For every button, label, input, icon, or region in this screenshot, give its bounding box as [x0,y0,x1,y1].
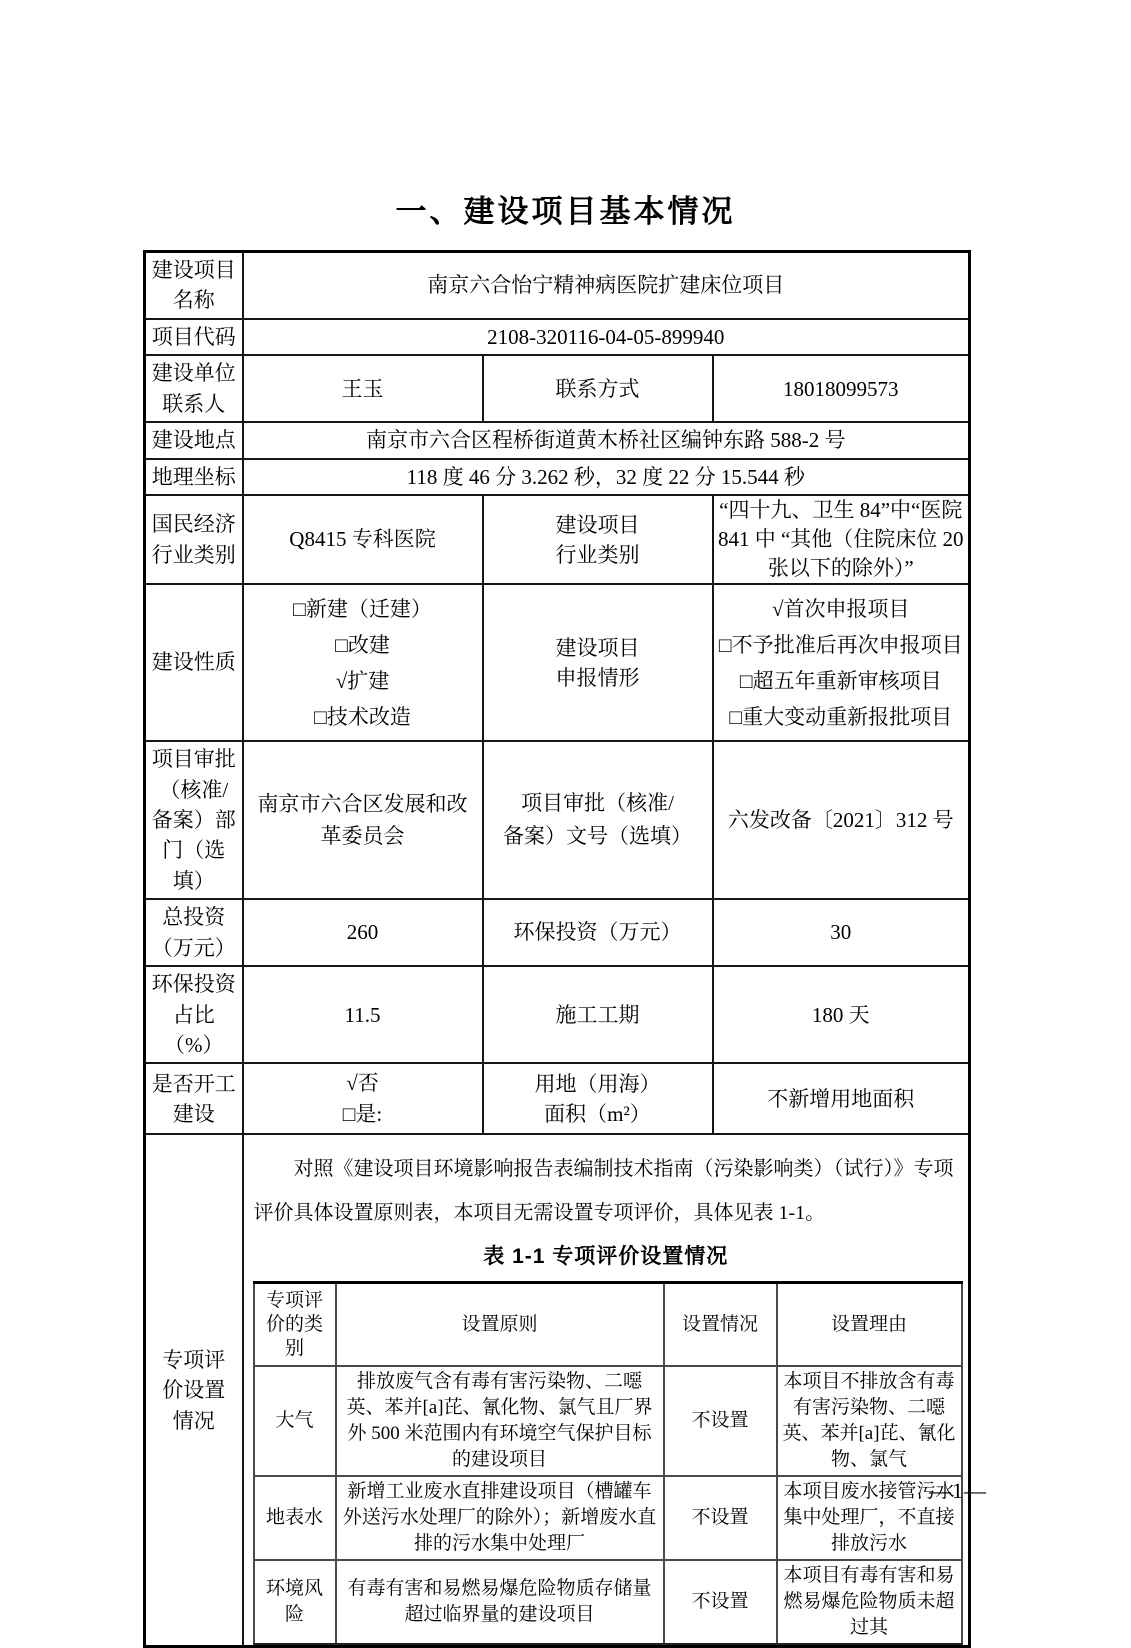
declare-option-redeclare: □不予批准后再次申报项目 [718,627,965,663]
approval-doc-value: 六发改备〔2021〕312 号 [713,741,970,899]
land-area-label: 用地（用海） 面积（m²） [483,1063,713,1134]
subtable-header-status: 设置情况 [664,1282,777,1366]
row-special-evaluation: 专项评价设置情况 对照《建设项目环境影响报告表编制技术指南（污染影响类）（试行）… [145,1134,970,1646]
project-code-label: 项目代码 [145,319,243,355]
declare-option-review: □超五年重新审核项目 [718,663,965,699]
row-project-code: 项目代码 2108-320116-04-05-899940 [145,319,970,355]
env-risk-category: 环境风险 [254,1560,336,1644]
nature-option-rebuild: □改建 [248,627,478,663]
started-options: √否 □是: [243,1063,483,1134]
row-location: 建设地点 南京市六合区程桥街道黄木桥社区编钟东路 588-2 号 [145,422,970,458]
approval-doc-label-line2: 备案）文号（选填） [486,820,710,853]
subtable-header-row: 专项评价的类别 设置原则 设置情况 设置理由 [254,1282,962,1366]
coordinates-value: 118 度 46 分 3.262 秒，32 度 22 分 15.544 秒 [243,459,970,495]
construction-period-label: 施工工期 [483,966,713,1063]
land-area-label-line1: 用地（用海） [488,1069,708,1099]
row-investment: 总投资（万元） 260 环保投资（万元） 30 [145,899,970,966]
special-eval-label: 专项评价设置情况 [145,1134,243,1646]
declare-label: 建设项目 申报情形 [483,584,713,741]
total-investment-value: 260 [243,899,483,966]
env-investment-label: 环保投资（万元） [483,899,713,966]
air-category: 大气 [254,1366,336,1476]
contact-name-value: 王玉 [243,355,483,422]
basic-info-table: 建设项目名称 南京六合怡宁精神病医院扩建床位项目 项目代码 2108-32011… [143,250,971,1648]
row-coordinates: 地理坐标 118 度 46 分 3.262 秒，32 度 22 分 15.544… [145,459,970,495]
approval-dept-value: 南京市六合区发展和改革委员会 [243,741,483,899]
env-ratio-value: 11.5 [243,966,483,1063]
construction-nature-options: □新建（迁建） □改建 √扩建 □技术改造 [243,584,483,741]
project-industry-label-line1: 建设项目 [488,510,708,540]
contact-method-label: 联系方式 [483,355,713,422]
declare-option-first: √首次申报项目 [718,591,965,627]
construction-nature-label: 建设性质 [145,584,243,741]
surface-water-principle: 新增工业废水直排建设项目（槽罐车外送污水处理厂的除外）；新增废水直排的污水集中处… [336,1476,664,1560]
industry-value: Q8415 专科医院 [243,495,483,584]
declare-label-line2: 申报情形 [488,663,708,693]
subtable-title: 表 1-1 专项评价设置情况 [244,1242,969,1272]
started-option-no: √否 [248,1068,478,1099]
project-industry-label: 建设项目 行业类别 [483,495,713,584]
special-eval-content: 对照《建设项目环境影响报告表编制技术指南（污染影响类）（试行）》专项评价具体设置… [243,1134,970,1646]
contact-label: 建设单位联系人 [145,355,243,422]
location-value: 南京市六合区程桥街道黄木桥社区编钟东路 588-2 号 [243,422,970,458]
air-reason: 本项目不排放含有毒有害污染物、二噁英、苯并[a]芘、氰化物、氯气 [777,1366,962,1476]
started-label: 是否开工建设 [145,1063,243,1134]
project-name-value: 南京六合怡宁精神病医院扩建床位项目 [243,252,970,319]
row-construction-nature: 建设性质 □新建（迁建） □改建 √扩建 □技术改造 建设项目 申报情形 √首次… [145,584,970,741]
nature-option-new: □新建（迁建） [248,591,478,627]
subtable-header-principle: 设置原则 [336,1282,664,1366]
row-env-ratio: 环保投资占比（%） 11.5 施工工期 180 天 [145,966,970,1063]
subtable-row-air: 大气 排放废气含有毒有害污染物、二噁英、苯并[a]芘、氰化物、氯气且厂界外 50… [254,1366,962,1476]
subtable-header-reason: 设置理由 [777,1282,962,1366]
row-industry: 国民经济行业类别 Q8415 专科医院 建设项目 行业类别 “四十九、卫生 84… [145,495,970,584]
approval-dept-label: 项目审批（核准/备案）部门（选填） [145,741,243,899]
subtable-header-category: 专项评价的类别 [254,1282,336,1366]
land-area-label-line2: 面积（m²） [488,1099,708,1129]
env-risk-reason: 本项目有毒有害和易燃易爆危险物质未超过其 [777,1560,962,1644]
declare-option-major-change: □重大变动重新报批项目 [718,699,965,735]
page-number: —1— [929,1478,987,1504]
nature-option-tech: □技术改造 [248,699,478,735]
total-investment-label: 总投资（万元） [145,899,243,966]
env-risk-status: 不设置 [664,1560,777,1644]
approval-doc-label: 项目审批（核准/ 备案）文号（选填） [483,741,713,899]
air-principle: 排放废气含有毒有害污染物、二噁英、苯并[a]芘、氰化物、氯气且厂界外 500 米… [336,1366,664,1476]
approval-doc-label-line1: 项目审批（核准/ [486,787,710,820]
row-contact: 建设单位联系人 王玉 联系方式 18018099573 [145,355,970,422]
project-name-label: 建设项目名称 [145,252,243,319]
special-eval-subtable: 专项评价的类别 设置原则 设置情况 设置理由 大气 排放废气含有毒有害污染物、二… [253,1281,963,1646]
land-area-value: 不新增用地面积 [713,1063,970,1134]
page-title: 一、建设项目基本情况 [0,186,1131,231]
contact-phone-value: 18018099573 [713,355,970,422]
construction-period-value: 180 天 [713,966,970,1063]
started-option-yes: □是: [248,1099,478,1130]
air-status: 不设置 [664,1366,777,1476]
surface-water-status: 不设置 [664,1476,777,1560]
coordinates-label: 地理坐标 [145,459,243,495]
project-code-value: 2108-320116-04-05-899940 [243,319,970,355]
surface-water-category: 地表水 [254,1476,336,1560]
location-label: 建设地点 [145,422,243,458]
declare-label-line1: 建设项目 [488,633,708,663]
env-investment-value: 30 [713,899,970,966]
subtable-row-env-risk: 环境风险 有毒有害和易燃易爆危险物质存储量超过临界量的建设项目 不设置 本项目有… [254,1560,962,1644]
special-eval-paragraph: 对照《建设项目环境影响报告表编制技术指南（污染影响类）（试行）》专项评价具体设置… [244,1135,969,1235]
declare-options: √首次申报项目 □不予批准后再次申报项目 □超五年重新审核项目 □重大变动重新报… [713,584,970,741]
nature-option-expand: √扩建 [248,663,478,699]
project-industry-value: “四十九、卫生 84”中“医院 841 中 “其他（住院床位 20 张以下的除外… [713,495,970,584]
special-eval-label-text: 专项评价设置情况 [158,1345,229,1436]
industry-label: 国民经济行业类别 [145,495,243,584]
subtable-row-surface-water: 地表水 新增工业废水直排建设项目（槽罐车外送污水处理厂的除外）；新增废水直排的污… [254,1476,962,1560]
row-project-name: 建设项目名称 南京六合怡宁精神病医院扩建床位项目 [145,252,970,319]
env-ratio-label: 环保投资占比（%） [145,966,243,1063]
env-risk-principle: 有毒有害和易燃易爆危险物质存储量超过临界量的建设项目 [336,1560,664,1644]
project-industry-label-line2: 行业类别 [488,540,708,570]
row-approval: 项目审批（核准/备案）部门（选填） 南京市六合区发展和改革委员会 项目审批（核准… [145,741,970,899]
row-started: 是否开工建设 √否 □是: 用地（用海） 面积（m²） 不新增用地面积 [145,1063,970,1134]
